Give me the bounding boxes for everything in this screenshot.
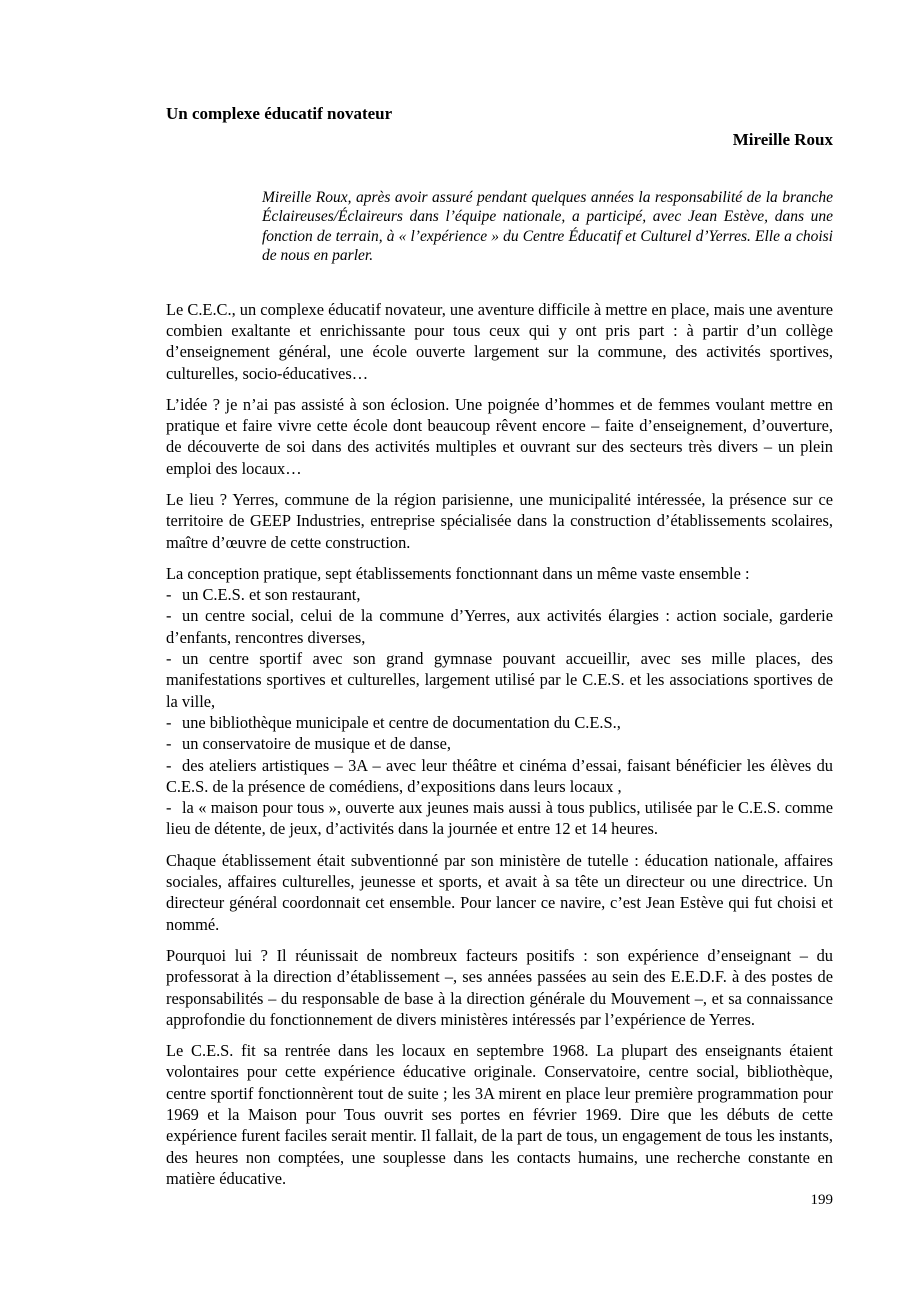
list-dash: - [166,712,182,733]
paragraph: Chaque établissement était subventionné … [166,850,833,935]
list-dash: - [166,605,182,626]
body-text: Le C.E.C., un complexe éducatif novateur… [166,299,833,1190]
list-item-text: un centre social, celui de la commune d’… [166,606,833,646]
list-dash: - [166,648,182,669]
paragraph: Pourquoi lui ? Il réunissait de nombreux… [166,945,833,1030]
list-dash: - [166,755,182,776]
paragraph: Le C.E.C., un complexe éducatif novateur… [166,299,833,384]
list-item-text: une bibliothèque municipale et centre de… [182,713,621,732]
list-dash: - [166,797,182,818]
list-item: -une bibliothèque municipale et centre d… [166,712,833,733]
list-dash: - [166,733,182,754]
page-title: Un complexe éducatif novateur [166,0,833,125]
list-dash: - [166,584,182,605]
page-number: 199 [811,1191,834,1210]
list-item: -des ateliers artistiques – 3A – avec le… [166,755,833,798]
list-intro-paragraph: La conception pratique, sept établisseme… [166,563,833,584]
list-item-text: un conservatoire de musique et de danse, [182,734,451,753]
text-column: Un complexe éducatif novateur Mireille R… [166,0,833,1199]
list-item: -la « maison pour tous », ouverte aux je… [166,797,833,840]
list-item: -un conservatoire de musique et de danse… [166,733,833,754]
paragraph: L’idée ? je n’ai pas assisté à son éclos… [166,394,833,479]
author-name: Mireille Roux [166,129,833,151]
list-item: -un centre sportif avec son grand gymnas… [166,648,833,712]
paragraph: Le lieu ? Yerres, commune de la région p… [166,489,833,553]
list-item: -un centre social, celui de la commune d… [166,605,833,648]
list-item-text: des ateliers artistiques – 3A – avec leu… [166,756,833,796]
paragraph: Le C.E.S. fit sa rentrée dans les locaux… [166,1040,833,1189]
list-item-text: un centre sportif avec son grand gymnase… [166,649,833,711]
document-page: Un complexe éducatif novateur Mireille R… [0,0,921,1303]
list-item: -un C.E.S. et son restaurant, [166,584,833,605]
abstract-paragraph: Mireille Roux, après avoir assuré pendan… [262,188,833,266]
list-item-text: un C.E.S. et son restaurant, [182,585,360,604]
list-item-text: la « maison pour tous », ouverte aux jeu… [166,798,833,838]
